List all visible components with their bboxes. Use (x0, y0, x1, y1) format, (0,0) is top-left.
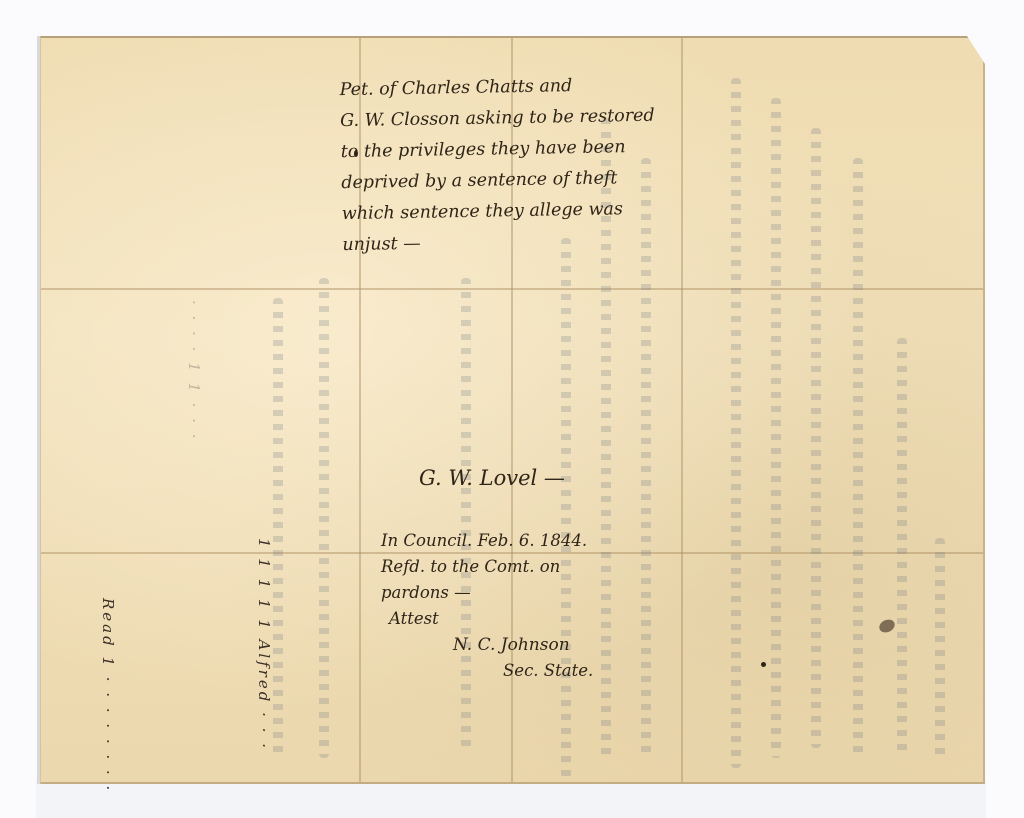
ink-mark (761, 662, 766, 667)
bleed-through-text (561, 238, 571, 778)
bleed-through-text (935, 538, 945, 758)
bleed-through-text (811, 128, 821, 748)
bleed-through-text (771, 98, 781, 758)
vertical-note: 1 1 1 1 1 Alfred · · · (255, 538, 273, 751)
bleed-through-text (319, 278, 329, 758)
referral-line: Refd. to the Comt. on (381, 554, 701, 580)
docket-text: Pet. of Charles Chatts and G. W. Closson… (339, 69, 702, 261)
vertical-note: Read 1 · · · · · · · · (99, 598, 117, 793)
petitioner-signature: G. W. Lovel — (419, 466, 565, 490)
bleed-through-text (273, 298, 283, 758)
secretary-signature: N. C. Johnson (381, 632, 701, 658)
fold-line-horizontal (41, 288, 983, 290)
secretary-title: Sec. State. (381, 658, 701, 684)
bleed-through-text (897, 338, 907, 758)
referral-line: pardons — (381, 580, 701, 606)
scanner-background-strip (36, 778, 986, 818)
ink-blot (877, 617, 897, 635)
docket-line: unjust — (342, 224, 702, 261)
bleed-through-text (853, 158, 863, 758)
docket-line: G. W. Closson asking to be restored (340, 100, 700, 137)
referral-line: Attest (381, 606, 701, 632)
vertical-note: · · · · 1 1 · · · (185, 300, 203, 442)
corner-fold (967, 36, 985, 64)
council-referral: In Council. Feb. 6. 1844. Refd. to the C… (381, 528, 701, 684)
document-page: Pet. of Charles Chatts and G. W. Closson… (40, 36, 985, 784)
bleed-through-text (731, 78, 741, 768)
referral-line: In Council. Feb. 6. 1844. (381, 528, 701, 554)
